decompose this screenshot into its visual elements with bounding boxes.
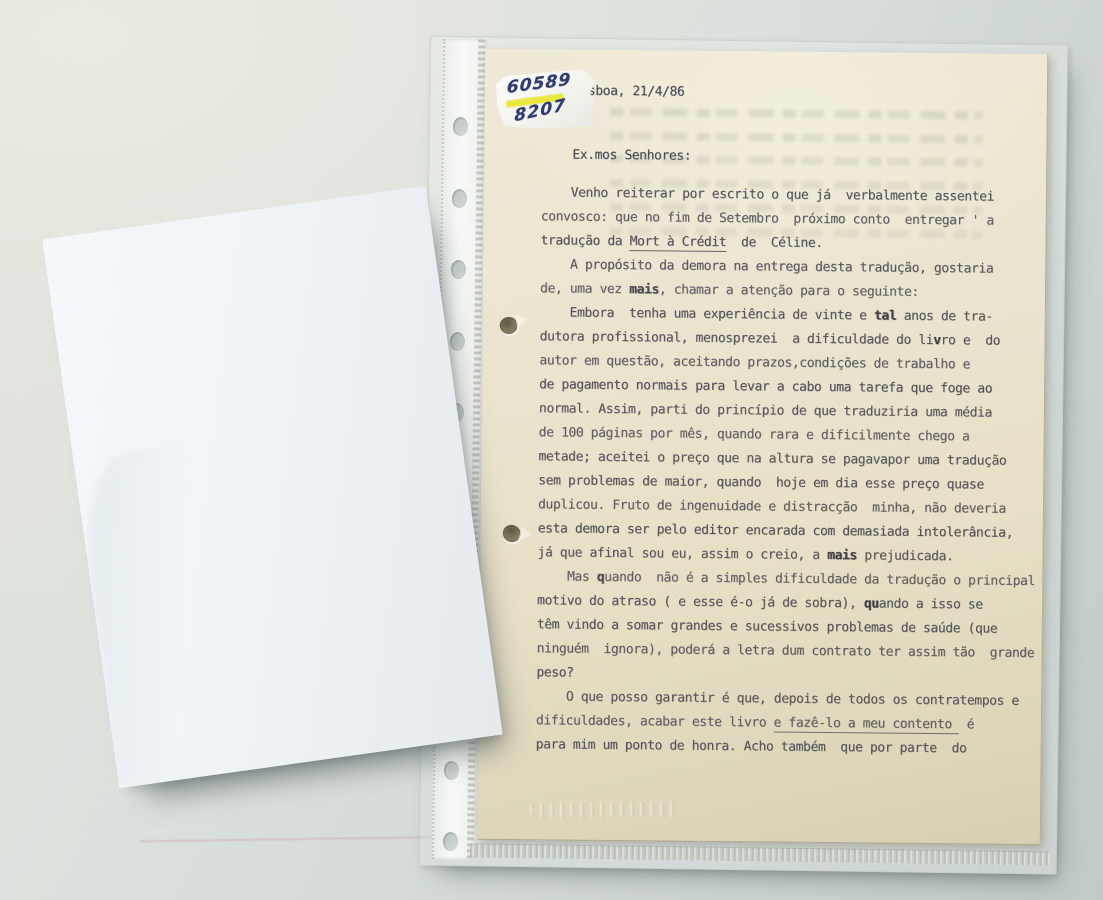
sleeve-bottom-seam <box>470 843 1050 865</box>
punch-hole <box>452 189 467 208</box>
ghost-text-line <box>611 132 983 144</box>
plastic-sleeve: Lisboa, 21/4/86 Ex.mos Senhores: Venho r… <box>419 36 1069 875</box>
photo-stage: Lisboa, 21/4/86 Ex.mos Senhores: Venho r… <box>0 0 1103 900</box>
underlined-text: Mort à Crédit <box>630 234 727 252</box>
letter-body: Venho reiterar por escrito o que já verb… <box>536 181 1047 762</box>
typed-text: é <box>959 717 974 732</box>
embossed-stamp <box>530 801 680 817</box>
typed-text: ninguém ignora), poderá a letra dum cont… <box>537 641 1035 661</box>
typed-text: ro e do <box>941 333 1001 349</box>
typed-text: Venho reiterar por escrito o que já verb… <box>541 185 994 204</box>
typed-text: prejudicada. <box>857 548 954 564</box>
typed-text: normal. Assim, parti do princípio de que… <box>539 401 992 420</box>
overstruck-text: qu <box>864 596 879 611</box>
overstruck-text: q <box>597 570 605 585</box>
paper-punch-hole <box>500 522 524 545</box>
typed-text: esta demora ser pelo editor encarada com… <box>538 521 1013 541</box>
typed-text: duplicou. Fruto de ingenuidade e distrac… <box>538 497 1006 516</box>
punch-hole <box>444 760 459 779</box>
overstruck-text: mais <box>827 548 857 563</box>
typed-text: dificuldades, acabar este livro <box>536 713 774 730</box>
typed-text: sem problemas de maior, quando hoje em d… <box>538 473 984 492</box>
typed-text: convosco: que no fim de Setembro próximo… <box>541 209 994 228</box>
typed-text: autor em questão, aceitando prazos,condi… <box>539 353 970 372</box>
typed-text: para mim um ponto de honra. Acho também … <box>536 737 967 756</box>
punch-hole <box>450 332 465 351</box>
typed-text: tradução da <box>540 233 629 249</box>
typed-text: uando não é a simples dificuldade da tra… <box>604 570 1035 589</box>
underlined-text: e fazê-lo a meu contento <box>773 716 959 735</box>
typed-text: , chamar a atenção para o seguinte: <box>659 282 919 299</box>
overstruck-text: mais <box>629 282 659 297</box>
typed-text: de pagamento normais para levar a cabo u… <box>539 377 992 396</box>
typed-text: ando a isso se <box>879 597 983 613</box>
typed-text: de 100 páginas por mês, quando rara e di… <box>539 425 970 444</box>
typed-text: O que posso garantir é que, depois de to… <box>536 689 1019 709</box>
inventory-sticker: 60589 8207 <box>495 68 598 132</box>
overstruck-text: tal <box>874 308 896 323</box>
punch-hole <box>451 260 466 279</box>
typed-text: de Céline. <box>726 235 823 251</box>
typed-text: Mas <box>537 569 597 585</box>
typed-text: anos de tra- <box>896 309 993 325</box>
punch-hole <box>443 832 458 851</box>
typed-text: metade; aceitei o preço que na altura se… <box>538 449 1006 468</box>
typed-text: têm vindo a somar grandes e sucessivos p… <box>537 617 998 636</box>
typed-text: A propósito da demora na entrega desta t… <box>540 257 993 276</box>
punch-hole <box>453 117 468 136</box>
typed-text: de, uma vez <box>540 281 629 297</box>
typed-text: peso? <box>536 665 573 680</box>
paper-punch-hole <box>500 317 518 334</box>
typed-text: Embora tenha uma experiência de vinte e <box>540 305 874 323</box>
typed-text: já que afinal sou eu, assim o creio, a <box>537 545 827 563</box>
bleed-through-text <box>485 49 1047 54</box>
letter-page: Lisboa, 21/4/86 Ex.mos Senhores: Venho r… <box>478 49 1049 845</box>
typed-text: motivo do atraso ( e esse é-o já de sobr… <box>537 593 864 611</box>
letter-salutation: Ex.mos Senhores: <box>572 148 691 164</box>
typed-text: dutora profissional, menosprezei a dific… <box>540 329 934 348</box>
blank-white-card <box>42 186 502 788</box>
typed-line: para mim um ponto de honra. Acho também … <box>536 733 1041 762</box>
ghost-text-line <box>611 108 983 120</box>
